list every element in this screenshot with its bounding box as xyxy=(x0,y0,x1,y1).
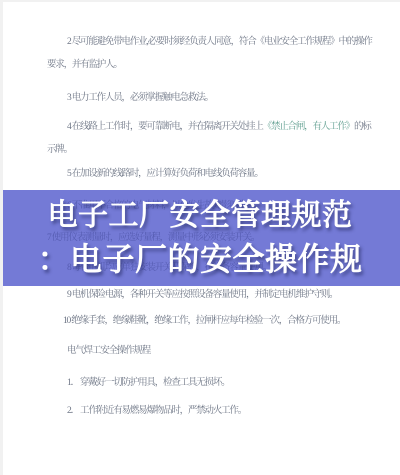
page-edge-left xyxy=(0,0,3,475)
doc-paragraph-9: 9 电机保险电源，各种开关等应按照设备容量使用，并制定电机维护守则。 xyxy=(67,289,337,302)
doc-paragraph-3: 3 电力工作人员，必须掌握触电急救法。 xyxy=(67,92,213,105)
doc-paragraph-2-line-2: 要求，并有监护人。 xyxy=(47,59,122,72)
doc-paragraph-4-text-after-highlight: 的标 xyxy=(354,122,371,132)
highlighted-phrase-no-switching: 《禁止合闸，有人工作》 xyxy=(263,122,354,132)
doc-welding-item-2: 2． 工作附近有易燃易爆物品时，严禁动火工作。 xyxy=(67,405,246,418)
doc-welding-item-1: 1． 穿戴好一切防护用具，检查工具无损坏。 xyxy=(67,377,229,390)
doc-paragraph-2-line-1: 2 尽可能避免带电作业,必要时须经负责人同意，符合《电业安全工作规程》中的操作 xyxy=(67,36,372,49)
doc-paragraph-4-text-before-highlight: 4 在线路上工作时，要可靠断电，并在隔离开关处挂上 xyxy=(67,122,263,132)
doc-paragraph-4-line-1: 4 在线路上工作时，要可靠断电，并在隔离开关处挂上《禁止合闸，有人工作》的标 xyxy=(67,121,371,134)
doc-paragraph-10: 10 绝缘手套，绝缘鞋靴，绝缘工作，拉闸杆应每年检验一次，合格方可使用。 xyxy=(63,315,345,328)
doc-paragraph-4-line-2: 示牌。 xyxy=(47,144,72,157)
title-banner: 6 不准用不合格的电气材料，以免发生故障影响生产。 7 使用仪表测量时，应选好量… xyxy=(0,190,400,286)
doc-paragraph-5: 5 在加设新的线路时，应计算好负荷和电线负荷容量。 xyxy=(67,168,263,181)
document-page: 2 尽可能避免带电作业,必要时须经负责人同意，符合《电业安全工作规程》中的操作 … xyxy=(0,0,400,475)
banner-title-line-1: 电子工厂安全管理规范 xyxy=(0,194,400,238)
doc-section-heading: 电气焊工安全操作规程 xyxy=(67,345,150,358)
banner-title-line-2: ：电子厂的安全操作规 xyxy=(0,236,400,282)
page-edge-top xyxy=(0,0,400,2)
